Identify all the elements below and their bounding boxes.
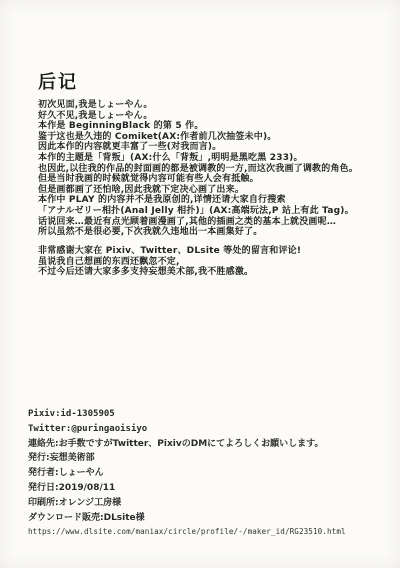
afterword-text-line: 话说回来…最近有点光顾着画漫画了,其他的插画之类的基本上就没画呢… — [38, 217, 378, 228]
thanks-text-line: 不过今后还请大家多多支持妄想美术部,我不胜感激。 — [38, 267, 378, 278]
afterword-text-line: 本作的主题是「背叛」(AX:什么「背叛」,明明是黑吃黑 233)。 — [38, 153, 378, 164]
publication-info: 連絡先:お手数ですがTwitter、PixivのDMにてよろしくお願いします。 … — [28, 437, 388, 526]
publication-info-line: ダウンロード販売:DLsite様 — [28, 511, 388, 526]
publication-info-line: 連絡先:お手数ですがTwitter、PixivのDMにてよろしくお願いします。 — [28, 437, 388, 452]
publication-info-line: 印刷所:オレンジ工房様 — [28, 496, 388, 511]
afterword-text-line: 所以虽然不是很必要,下次我就久违地出一本画集好了。 — [38, 227, 378, 238]
afterword-text-line: 因此本作的内容就更丰富了一些(对我而言)。 — [38, 142, 378, 153]
thanks-text-line: 非常感谢大家在 Pixiv、Twitter、DLsite 等处的留言和评论! — [38, 246, 378, 257]
afterword-page: 后记 初次见面,我是しょーやん。 好久不见,我是しょーやん。 本作是 Begin… — [0, 0, 400, 568]
contact-id-line: Twitter:@puringaoisiyo — [28, 422, 388, 437]
thanks-text-line: 虽说我自己想画的东西还飘忽不定, — [38, 257, 378, 268]
dlsite-url: https://www.dlsite.com/maniax/circle/pro… — [28, 525, 388, 540]
afterword-text-line: 「アナルゼリー相扑(Anal Jelly 相扑)」(AX:高端玩法,P 站上有此… — [38, 206, 378, 217]
afterword-text-line: 但是当时我画的时候就觉得内容可能有些人会有抵触。 — [38, 174, 378, 185]
afterword-text-line: 也因此,以往我的作品的封面画的都是被调教的一方,而这次我画了调教的角色。 — [38, 164, 378, 175]
contact-ids: Pixiv:id-1305905 Twitter:@puringaoisiyo — [28, 407, 388, 437]
afterword-text-line: 本作中 PLAY 的内容并不是我原创的,详情还请大家自行搜索 — [38, 195, 378, 206]
afterword-text-line: 鉴于这也是久违的 Comiket(AX:作者前几次抽签未中)。 — [38, 132, 378, 143]
page-title: 后记 — [38, 68, 78, 94]
colophon: Pixiv:id-1305905 Twitter:@puringaoisiyo … — [28, 407, 388, 540]
thanks-paragraph: 非常感谢大家在 Pixiv、Twitter、DLsite 等处的留言和评论! 虽… — [38, 246, 378, 278]
publication-info-line: 発行日:2019/08/11 — [28, 481, 388, 496]
afterword-text-line: 但是画都画了还怕啥,因此我就下定决心画了出来。 — [38, 185, 378, 196]
afterword-text-line: 本作是 BeginningBlack 的第 5 作。 — [38, 121, 378, 132]
afterword-text-line: 初次见面,我是しょーやん。 — [38, 100, 378, 111]
contact-id-line: Pixiv:id-1305905 — [28, 407, 388, 422]
afterword-body: 初次见面,我是しょーやん。 好久不见,我是しょーやん。 本作是 Beginnin… — [38, 100, 378, 238]
publication-info-line: 発行者:しょーやん — [28, 466, 388, 481]
publication-info-line: 発行:妄想美術部 — [28, 451, 388, 466]
afterword-text-line: 好久不见,我是しょーやん。 — [38, 111, 378, 122]
